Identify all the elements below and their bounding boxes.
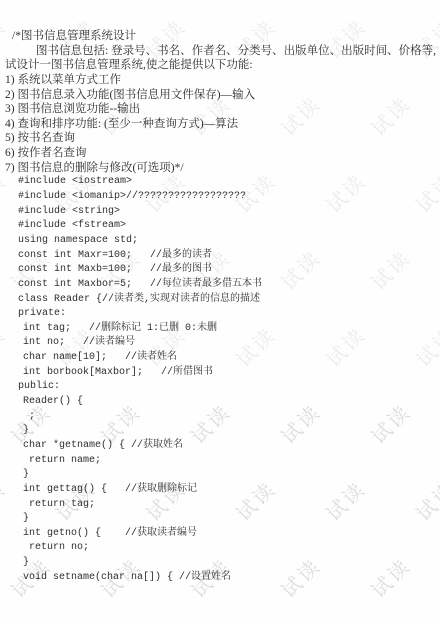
doc-line: 1) 系统以菜单方式工作: [0, 73, 440, 88]
doc-line: }: [0, 468, 440, 483]
doc-line: const int Maxbor=5; //每位读者最多借五本书: [0, 278, 440, 293]
doc-line: #include <iostream>: [0, 175, 440, 190]
doc-line: return no;: [0, 541, 440, 556]
doc-line: const int Maxr=100; //最多的读者: [0, 249, 440, 264]
doc-line: int tag; //删除标记 1:已删 0:未删: [0, 322, 440, 337]
doc-line: char *getname() { //获取姓名: [0, 439, 440, 454]
doc-line: Reader() {: [0, 395, 440, 410]
doc-line: const int Maxb=100; //最多的图书: [0, 263, 440, 278]
doc-line: /*图书信息管理系统设计: [0, 29, 440, 44]
doc-line: 6) 按作者名查询: [0, 146, 440, 161]
doc-line: using namespace std;: [0, 234, 440, 249]
document-page: 试读试读试读试读试读试读试读试读试读试读试读试读试读试读试读试读试读试读试读试读…: [0, 0, 440, 620]
doc-line: 图书信息包括: 登录号、书名、作者名、分类号、出版单位、出版时间、价格等,: [0, 44, 440, 59]
doc-line: }: [0, 556, 440, 571]
doc-line: return tag;: [0, 498, 440, 513]
doc-line: 4) 查询和排序功能: (至少一种查询方式)—算法: [0, 117, 440, 132]
doc-line: int getno() { //获取读者编号: [0, 527, 440, 542]
doc-line: }: [0, 424, 440, 439]
doc-line: void setname(char na[]) { //设置姓名: [0, 571, 440, 586]
doc-line: int gettag() { //获取删除标记: [0, 483, 440, 498]
doc-line: public:: [0, 380, 440, 395]
doc-line: 7) 图书信息的删除与修改(可选项)*/: [0, 161, 440, 176]
doc-line: ;: [0, 410, 440, 425]
doc-line: 2) 图书信息录入功能(图书信息用文件保存)—输入: [0, 88, 440, 103]
doc-line: return name;: [0, 454, 440, 469]
doc-line: #include <string>: [0, 205, 440, 220]
code-document: /*图书信息管理系统设计图书信息包括: 登录号、书名、作者名、分类号、出版单位、…: [0, 29, 440, 585]
doc-line: 3) 图书信息浏览功能--输出: [0, 102, 440, 117]
doc-line: class Reader {//读者类,实现对读者的信息的描述: [0, 293, 440, 308]
doc-line: #include <iomanip>//??????????????????: [0, 190, 440, 205]
doc-line: }: [0, 512, 440, 527]
doc-line: int no; //读者编号: [0, 336, 440, 351]
doc-line: int borbook[Maxbor]; //所借图书: [0, 366, 440, 381]
doc-line: 试设计一图书信息管理系统,使之能提供以下功能:: [0, 58, 440, 73]
doc-line: #include <fstream>: [0, 219, 440, 234]
doc-line: char name[10]; //读者姓名: [0, 351, 440, 366]
doc-line: private:: [0, 307, 440, 322]
doc-line: 5) 按书名查询: [0, 131, 440, 146]
